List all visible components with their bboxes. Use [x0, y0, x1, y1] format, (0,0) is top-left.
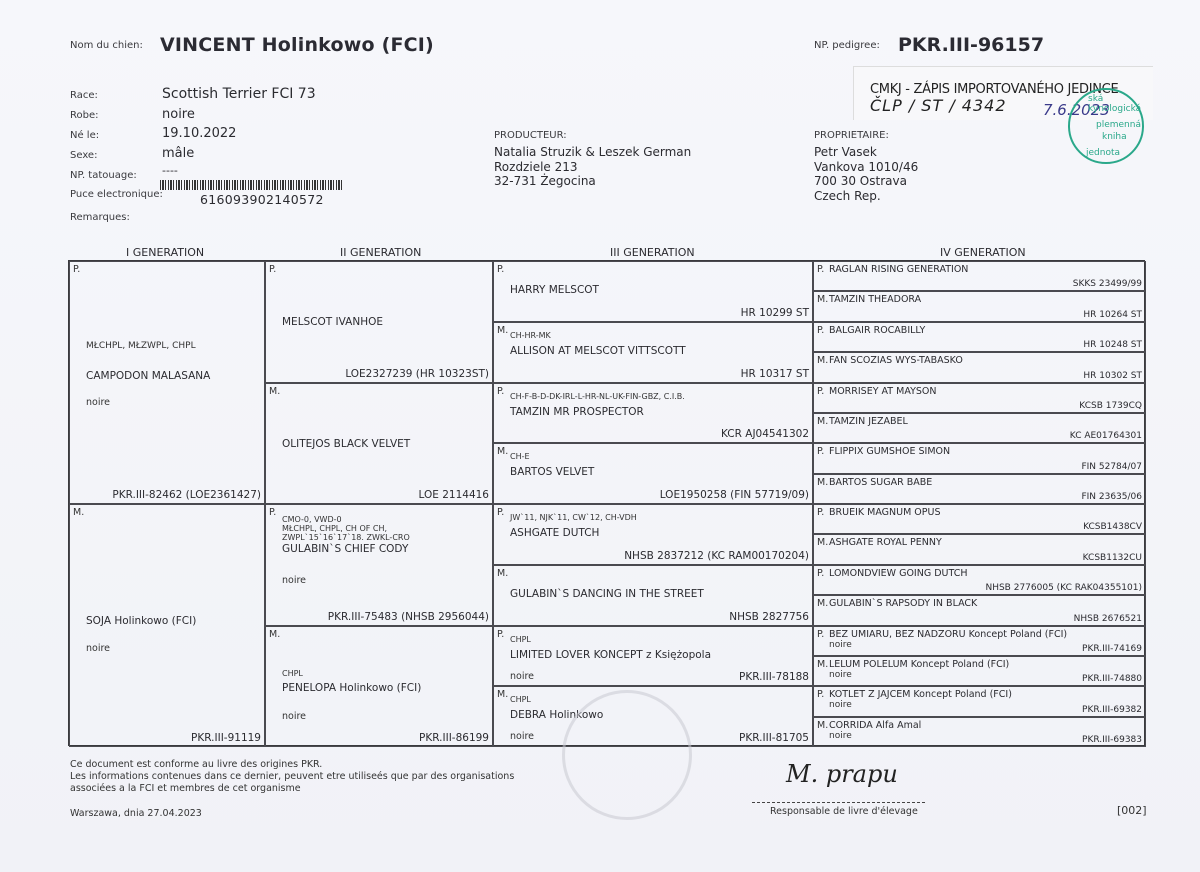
ancestor-name: LELUM POLELUM Koncept Poland (FCI) [829, 659, 1009, 670]
ancestor-reg: LOE1950258 (FIN 57719/09) [660, 489, 809, 501]
ancestor-reg: FIN 52784/07 [1081, 462, 1142, 472]
ancestor-gen4-15: P.KOTLET Z JAJCEM Koncept Poland (FCI)no… [813, 686, 1146, 716]
ancestor-gen4-7: P.FLIPPIX GUMSHOE SIMONFIN 52784/07 [813, 443, 1146, 473]
seal-text-bottom: jednota [1086, 148, 1120, 158]
document-code: [002] [1117, 804, 1147, 817]
ancestor-gen4-16: M.CORRIDA Alfa AmalnoirePKR.III-69383 [813, 717, 1146, 747]
ancestor-sex-marker: P. [817, 264, 824, 275]
seal-text-middle: plemenná [1096, 120, 1141, 130]
ancestor-color: noire [829, 670, 852, 680]
sex-label: Sexe: [70, 150, 97, 161]
embossed-seal [562, 690, 692, 820]
seal-text-top: ská kynologická [1088, 94, 1142, 114]
ancestor-sex-marker: P. [817, 325, 824, 336]
tattoo-value: ---- [162, 164, 178, 177]
ancestor-color: noire [510, 731, 534, 742]
ancestor-reg: SKKS 23499/99 [1073, 279, 1142, 289]
race-label: Race: [70, 90, 98, 101]
ancestor-reg: FIN 23635/06 [1081, 492, 1142, 502]
ancestor-sex-marker: P. [817, 568, 824, 579]
chip-barcode [160, 180, 342, 190]
breeder-name: Natalia Struzik & Leszek German [494, 145, 691, 160]
ancestor-sex-marker: M. [73, 507, 84, 518]
ancestor-gen4-1: P.RAGLAN RISING GENERATIONSKKS 23499/99 [813, 261, 1146, 291]
ancestor-gen4-8: M.BARTOS SUGAR BABEFIN 23635/06 [813, 474, 1146, 504]
ancestor-gen4-10: M.ASHGATE ROYAL PENNYKCSB1132CU [813, 534, 1146, 564]
import-stamp-title: CMKJ - ZÁPIS IMPORTOVANÉHO JEDINCE [870, 82, 1118, 97]
ancestor-name: SOJA Holinkowo (FCI) [86, 615, 196, 627]
ancestor-gen4-13: P.BEZ UMIARU, BEZ NADZORU Koncept Poland… [813, 626, 1146, 656]
ancestor-sex-marker: M. [497, 568, 508, 579]
ancestor-sex-marker: P. [497, 386, 504, 397]
ancestor-sex-marker: P. [73, 264, 80, 275]
signature: M. prapu [786, 760, 898, 788]
owner-street: Vankova 1010/46 [814, 160, 918, 175]
footer-line-2: Les informations contenues dans ce derni… [70, 771, 514, 783]
ancestor-sex-marker: M. [497, 325, 508, 336]
pedigree-table: P.MŁCHPL, MŁZWPL, CHPLCAMPODON MALASANAn… [68, 260, 1145, 746]
ancestor-gen2-2: M.OLITEJOS BLACK VELVETLOE 2114416 [265, 383, 493, 505]
ancestor-sex-marker: M. [817, 598, 828, 609]
ancestor-name: MELSCOT IVANHOE [282, 316, 383, 328]
ancestor-gen1-2: M.SOJA Holinkowo (FCI)noirePKR.III-91119 [69, 504, 265, 747]
footer-line-3: associées a la FCI et membres de cet org… [70, 783, 514, 795]
ancestor-title: JW`11, NJK`11, CW`12, CH-VDH [510, 513, 637, 522]
ancestor-gen4-3: P.BALGAIR ROCABILLYHR 10248 ST [813, 322, 1146, 352]
ancestor-reg: LOE 2114416 [419, 489, 489, 501]
robe-label: Robe: [70, 110, 99, 121]
ancestor-name: BRUEIK MAGNUM OPUS [829, 507, 940, 518]
seal-text-lower: kniha [1102, 132, 1127, 142]
ancestor-sex-marker: P. [497, 264, 504, 275]
ancestor-gen3-1: P.HARRY MELSCOTHR 10299 ST [493, 261, 813, 322]
ancestor-name: BALGAIR ROCABILLY [829, 325, 925, 336]
ancestor-reg: PKR.III-91119 [191, 732, 261, 744]
ancestor-name: BARTOS VELVET [510, 466, 594, 478]
ancestor-reg: NHSB 2827756 [729, 611, 809, 623]
ancestor-reg: HR 10248 ST [1083, 340, 1142, 350]
ancestor-sex-marker: M. [269, 629, 280, 640]
registry-seal: ská kynologická plemenná kniha jednota [1068, 88, 1144, 164]
ancestor-sex-marker: M. [497, 689, 508, 700]
ancestor-sex-marker: M. [817, 537, 828, 548]
ancestor-name: FAN SCOZIAS WYS-TABASKO [829, 355, 963, 366]
signature-line [752, 802, 925, 803]
robe-value: noire [162, 107, 195, 122]
breeder-street: Rozdziele 213 [494, 160, 691, 175]
ancestor-name: GULABIN`S RAPSODY IN BLACK [829, 598, 977, 609]
ancestor-sex-marker: M. [817, 355, 828, 366]
ancestor-name: MORRISEY AT MAYSON [829, 386, 937, 397]
ancestor-name: GULABIN`S DANCING IN THE STREET [510, 588, 704, 600]
sex-value: mâle [162, 146, 194, 161]
ancestor-sex-marker: P. [269, 264, 276, 275]
ancestor-name: KOTLET Z JAJCEM Koncept Poland (FCI) [829, 689, 1012, 700]
ancestor-name: LOMONDVIEW GOING DUTCH [829, 568, 968, 579]
ancestor-reg: HR 10264 ST [1083, 310, 1142, 320]
pedigree-number: PKR.III-96157 [898, 34, 1044, 56]
ancestor-reg: KCR AJ04541302 [721, 428, 809, 440]
ancestor-reg: NHSB 2676521 [1074, 614, 1142, 624]
generation-1-header: I GENERATION [126, 246, 204, 259]
ancestor-title: CHPL [510, 635, 531, 644]
ancestor-name: GULABIN`S CHIEF CODY [282, 543, 408, 555]
footer-notice: Ce document est conforme au livre des or… [70, 759, 514, 795]
breeder-label: PRODUCTEUR: [494, 130, 567, 141]
breeder-city: 32-731 Żegocina [494, 174, 691, 189]
ancestor-sex-marker: P. [497, 629, 504, 640]
ancestor-title: MŁCHPL, MŁZWPL, CHPL [86, 342, 196, 351]
ancestor-sex-marker: P. [817, 386, 824, 397]
ancestor-sex-marker: P. [817, 446, 824, 457]
ancestor-sex-marker: M. [817, 294, 828, 305]
generation-4-header: IV GENERATION [940, 246, 1026, 259]
ancestor-reg: HR 10302 ST [1083, 371, 1142, 381]
ancestor-sex-marker: M. [497, 446, 508, 457]
ancestor-gen2-4: M.CHPLPENELOPA Holinkowo (FCI)noirePKR.I… [265, 626, 493, 748]
ancestor-name: LIMITED LOVER KONCEPT z Księżopola [510, 649, 711, 661]
ancestor-sex-marker: M. [817, 416, 828, 427]
ancestor-title: CMO-0, VWD-0 MŁCHPL, CHPL, CH OF CH, ZWP… [282, 515, 410, 542]
ancestor-title: CHPL [510, 695, 531, 704]
ancestor-name: TAMZIN MR PROSPECTOR [510, 406, 644, 418]
owner-label: PROPRIETAIRE: [814, 130, 889, 141]
ancestor-reg: NHSB 2837212 (KC RAM00170204) [624, 550, 809, 562]
owner-city: 700 30 Ostrava [814, 174, 918, 189]
ancestor-sex-marker: M. [817, 720, 828, 731]
ancestor-gen1-1: P.MŁCHPL, MŁZWPL, CHPLCAMPODON MALASANAn… [69, 261, 265, 504]
chip-number: 616093902140572 [200, 192, 324, 207]
ancestor-reg: PKR.III-78188 [739, 671, 809, 683]
ancestor-sex-marker: M. [817, 477, 828, 488]
ancestor-name: TAMZIN JEZABEL [829, 416, 908, 427]
ancestor-reg: KCSB1132CU [1083, 553, 1142, 563]
ancestor-gen3-6: M.GULABIN`S DANCING IN THE STREETNHSB 28… [493, 565, 813, 626]
race-value: Scottish Terrier FCI 73 [162, 86, 316, 102]
pedigree-number-label: NP. pedigree: [814, 40, 880, 51]
ancestor-reg: PKR.III-74880 [1082, 674, 1142, 684]
ancestor-gen4-4: M.FAN SCOZIAS WYS-TABASKOHR 10302 ST [813, 352, 1146, 382]
ancestor-title: CHPL [282, 669, 303, 678]
ancestor-sex-marker: M. [269, 386, 280, 397]
remarks-label: Remarques: [70, 212, 130, 223]
breeder-address: Natalia Struzik & Leszek German Rozdziel… [494, 145, 691, 189]
ancestor-name: BEZ UMIARU, BEZ NADZORU Koncept Poland (… [829, 629, 1067, 640]
ancestor-gen3-4: M.CH-EBARTOS VELVETLOE1950258 (FIN 57719… [493, 443, 813, 504]
ancestor-gen4-5: P.MORRISEY AT MAYSONKCSB 1739CQ [813, 383, 1146, 413]
ancestor-color: noire [829, 700, 852, 710]
import-stamp-number: ČLP / ST / 4342 [870, 96, 1007, 115]
ancestor-gen3-3: P.CH-F-B-D-DK-IRL-L-HR-NL-UK-FIN-GBZ, C.… [493, 383, 813, 444]
place-date: Warszawa, dnia 27.04.2023 [70, 808, 202, 819]
ancestor-title: CH-E [510, 452, 530, 461]
ancestor-reg: KC AE01764301 [1070, 431, 1142, 441]
ancestor-color: noire [282, 711, 306, 722]
ancestor-gen2-3: P.CMO-0, VWD-0 MŁCHPL, CHPL, CH OF CH, Z… [265, 504, 493, 626]
ancestor-reg: PKR.III-81705 [739, 732, 809, 744]
ancestor-color: noire [829, 640, 852, 650]
ancestor-name: FLIPPIX GUMSHOE SIMON [829, 446, 950, 457]
footer-line-1: Ce document est conforme au livre des or… [70, 759, 514, 771]
ancestor-gen4-9: P.BRUEIK MAGNUM OPUSKCSB1438CV [813, 504, 1146, 534]
owner-name: Petr Vasek [814, 145, 918, 160]
ancestor-reg: PKR.III-82462 (LOE2361427) [112, 489, 261, 501]
dog-name: VINCENT Holinkowo (FCI) [160, 34, 434, 56]
ancestor-reg: PKR.III-74169 [1082, 644, 1142, 654]
ancestor-sex-marker: P. [269, 507, 276, 518]
ancestor-color: noire [86, 397, 110, 408]
ancestor-name: RAGLAN RISING GENERATION [829, 264, 968, 275]
ancestor-title: CH-HR-MK [510, 331, 551, 340]
ancestor-reg: PKR.III-75483 (NHSB 2956044) [328, 611, 489, 623]
ancestor-sex-marker: P. [497, 507, 504, 518]
ancestor-reg: HR 10299 ST [741, 307, 809, 319]
ancestor-color: noire [86, 643, 110, 654]
ancestor-gen4-12: M.GULABIN`S RAPSODY IN BLACKNHSB 2676521 [813, 595, 1146, 625]
pedigree-document: Nom du chien: VINCENT Holinkowo (FCI) NP… [0, 0, 1200, 872]
ancestor-name: ASHGATE ROYAL PENNY [829, 537, 942, 548]
ancestor-reg: LOE2327239 (HR 10323ST) [345, 368, 489, 380]
ancestor-gen4-11: P.LOMONDVIEW GOING DUTCHNHSB 2776005 (KC… [813, 565, 1146, 595]
dog-name-label: Nom du chien: [70, 40, 143, 51]
ancestor-reg: HR 10317 ST [741, 368, 809, 380]
ancestor-reg: NHSB 2776005 (KC RAK04355101) [985, 583, 1142, 593]
ancestor-color: noire [282, 575, 306, 586]
ancestor-gen3-2: M.CH-HR-MKALLISON AT MELSCOT VITTSCOTTHR… [493, 322, 813, 383]
ancestor-sex-marker: P. [817, 507, 824, 518]
ancestor-color: noire [510, 671, 534, 682]
ancestor-gen4-6: M.TAMZIN JEZABELKC AE01764301 [813, 413, 1146, 443]
signature-label: Responsable de livre d'élevage [770, 806, 918, 817]
ancestor-name: ALLISON AT MELSCOT VITTSCOTT [510, 345, 686, 357]
ancestor-gen2-1: P.MELSCOT IVANHOELOE2327239 (HR 10323ST) [265, 261, 493, 383]
chip-label: Puce electronique: [70, 189, 163, 200]
ancestor-sex-marker: M. [817, 659, 828, 670]
ancestor-reg: KCSB 1739CQ [1079, 401, 1142, 411]
ancestor-gen3-5: P.JW`11, NJK`11, CW`12, CH-VDHASHGATE DU… [493, 504, 813, 565]
ancestor-name: OLITEJOS BLACK VELVET [282, 438, 410, 450]
ancestor-name: BARTOS SUGAR BABE [829, 477, 932, 488]
generation-3-header: III GENERATION [610, 246, 695, 259]
ancestor-reg: PKR.III-86199 [419, 732, 489, 744]
ancestor-reg: KCSB1438CV [1083, 522, 1142, 532]
tattoo-label: NP. tatouage: [70, 170, 137, 181]
ancestor-color: noire [829, 731, 852, 741]
born-value: 19.10.2022 [162, 126, 236, 141]
ancestor-name: HARRY MELSCOT [510, 284, 599, 296]
generation-2-header: II GENERATION [340, 246, 421, 259]
ancestor-name: CAMPODON MALASANA [86, 370, 210, 382]
ancestor-gen4-2: M.TAMZIN THEADORAHR 10264 ST [813, 291, 1146, 321]
ancestor-gen4-14: M.LELUM POLELUM Koncept Poland (FCI)noir… [813, 656, 1146, 686]
ancestor-name: ASHGATE DUTCH [510, 527, 599, 539]
ancestor-name: CORRIDA Alfa Amal [829, 720, 921, 731]
ancestor-sex-marker: P. [817, 689, 824, 700]
ancestor-name: PENELOPA Holinkowo (FCI) [282, 682, 421, 694]
ancestor-title: CH-F-B-D-DK-IRL-L-HR-NL-UK-FIN-GBZ, C.I.… [510, 392, 685, 401]
ancestor-reg: PKR.III-69383 [1082, 735, 1142, 745]
owner-address: Petr Vasek Vankova 1010/46 700 30 Ostrav… [814, 145, 918, 203]
born-label: Né le: [70, 130, 99, 141]
ancestor-reg: PKR.III-69382 [1082, 705, 1142, 715]
ancestor-name: TAMZIN THEADORA [829, 294, 921, 305]
ancestor-sex-marker: P. [817, 629, 824, 640]
owner-country: Czech Rep. [814, 189, 918, 204]
ancestor-gen3-7: P.CHPLLIMITED LOVER KONCEPT z Księżopola… [493, 626, 813, 687]
